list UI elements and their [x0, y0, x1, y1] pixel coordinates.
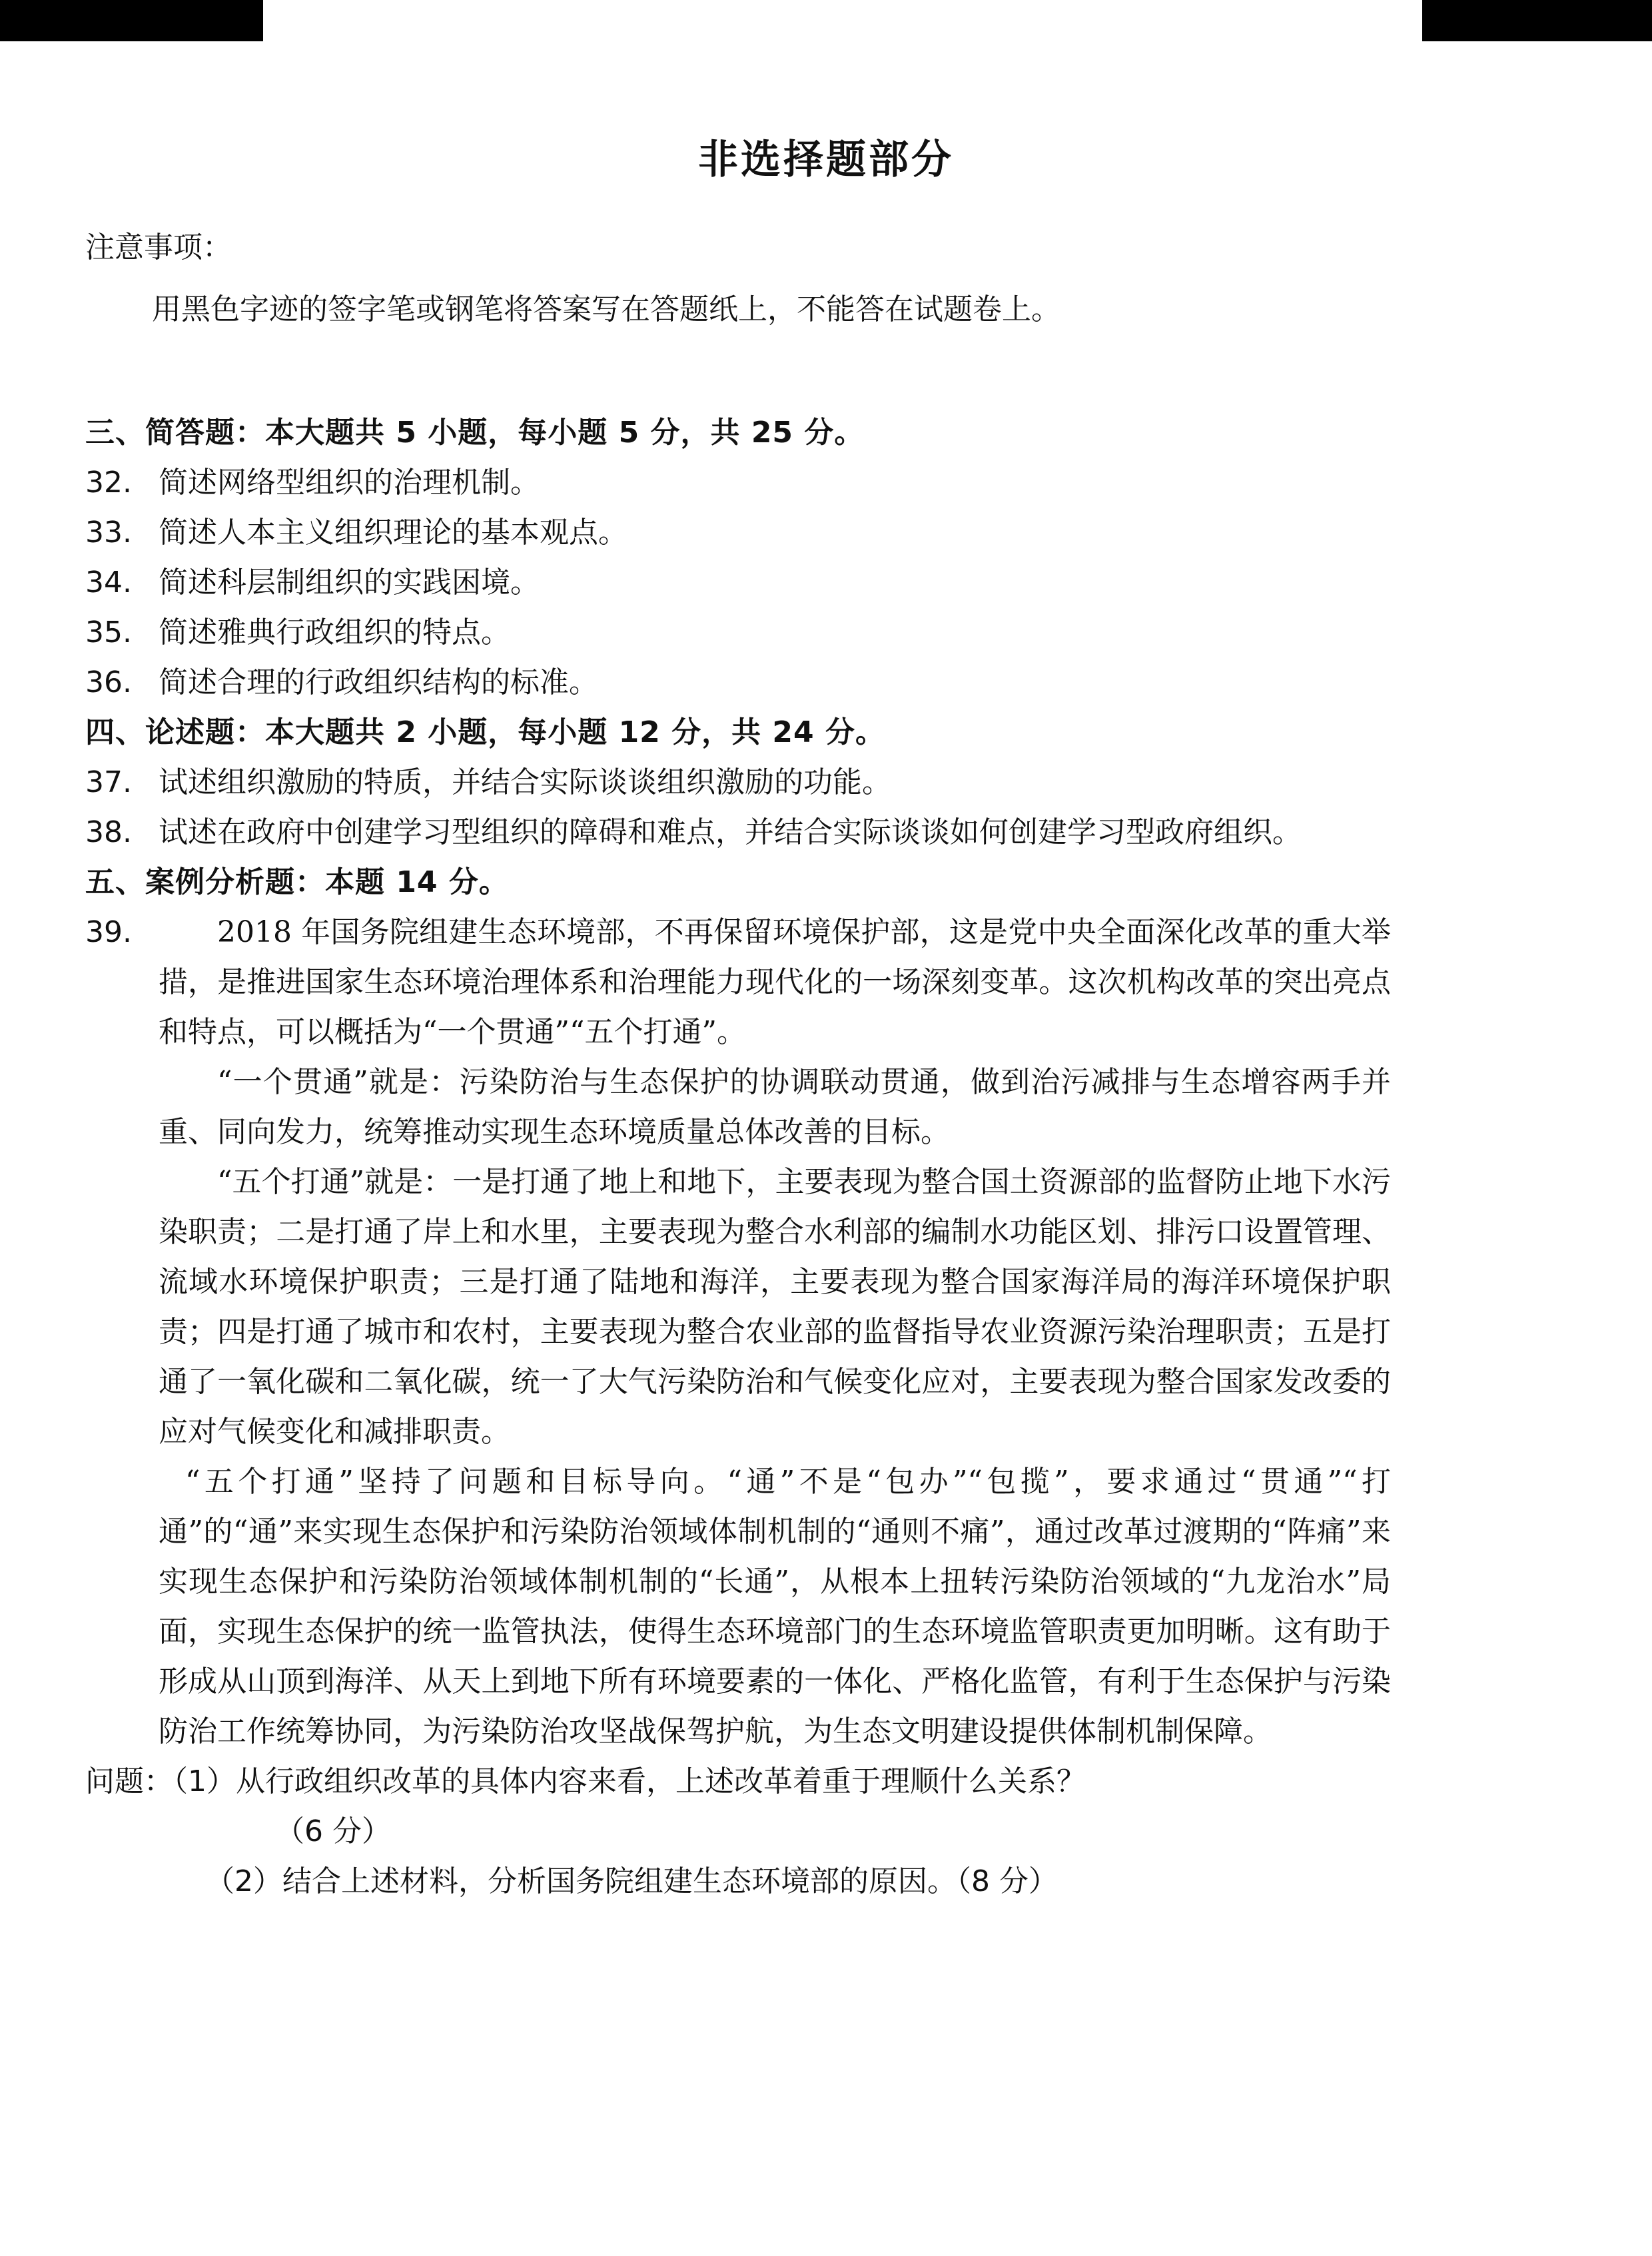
- question-text: 简述科层制组织的实践困境。: [159, 558, 1391, 607]
- page-title: 非选择题部分: [0, 128, 1652, 185]
- case-paragraph: 2018 年国务院组建生态环境部，不再保留环境保护部，这是党中央全面深化改革的重…: [159, 907, 1391, 1057]
- question-number: 38.: [85, 807, 159, 857]
- question-number: 36.: [85, 657, 159, 707]
- sub-question-number: （1）: [173, 1764, 236, 1798]
- question-number: 37.: [85, 757, 159, 807]
- sub-question-2: （2）结合上述材料，分析国务院组建生态环境部的原因。（8 分）: [85, 1856, 1391, 1906]
- case-question: 39. 2018 年国务院组建生态环境部，不再保留环境保护部，这是党中央全面深化…: [85, 907, 1391, 1756]
- sub-question-1-score: （6 分）: [85, 1806, 1391, 1856]
- question-item: 32. 简述网络型组织的治理机制。: [85, 458, 1391, 508]
- case-paragraph: “五个打通”就是：一是打通了地上和地下，主要表现为整合国土资源部的监督防止地下水…: [159, 1157, 1391, 1457]
- question-number: 35.: [85, 607, 159, 657]
- sub-question-1: 问题：（1）从行政组织改革的具体内容来看，上述改革着重于理顺什么关系？: [85, 1756, 1391, 1806]
- section-heading-case-analysis: 五、案例分析题：本题 14 分。: [85, 857, 1391, 907]
- registration-marker-left: [0, 0, 263, 41]
- question-item: 34. 简述科层制组织的实践困境。: [85, 558, 1391, 607]
- case-material: 2018 年国务院组建生态环境部，不再保留环境保护部，这是党中央全面深化改革的重…: [159, 907, 1391, 1756]
- question-text: 试述组织激励的特质，并结合实际谈谈组织激励的功能。: [159, 757, 1391, 807]
- question-number: 34.: [85, 558, 159, 607]
- question-text: 简述合理的行政组织结构的标准。: [159, 657, 1391, 707]
- question-text: 试述在政府中创建学习型组织的障碍和难点，并结合实际谈谈如何创建学习型政府组织。: [159, 807, 1391, 857]
- question-item: 35. 简述雅典行政组织的特点。: [85, 607, 1391, 657]
- question-number: 39.: [85, 907, 159, 1756]
- question-text: 简述雅典行政组织的特点。: [159, 607, 1391, 657]
- case-paragraph: “五个打通”坚持了问题和目标导向。“通”不是“包办”“包揽”，要求通过“贯通”“…: [159, 1457, 1391, 1756]
- exam-content: 三、简答题：本大题共 5 小题，每小题 5 分，共 25 分。 32. 简述网络…: [85, 408, 1391, 1906]
- question-item: 33. 简述人本主义组织理论的基本观点。: [85, 508, 1391, 558]
- case-sub-questions: 问题：（1）从行政组织改革的具体内容来看，上述改革着重于理顺什么关系？ （6 分…: [85, 1756, 1391, 1906]
- section-heading-essay: 四、论述题：本大题共 2 小题，每小题 12 分，共 24 分。: [85, 707, 1391, 757]
- notice-label: 注意事项：: [85, 223, 232, 266]
- registration-marker-right: [1422, 0, 1652, 41]
- sub-question-number: （2）: [205, 1864, 282, 1898]
- sub-question-text: 结合上述材料，分析国务院组建生态环境部的原因。: [282, 1864, 957, 1898]
- question-text: 简述网络型组织的治理机制。: [159, 458, 1391, 508]
- question-text: 简述人本主义组织理论的基本观点。: [159, 508, 1391, 558]
- section-heading-short-answer: 三、简答题：本大题共 5 小题，每小题 5 分，共 25 分。: [85, 408, 1391, 458]
- notice-text: 用黑色字迹的签字笔或钢笔将答案写在答题纸上，不能答在试题卷上。: [152, 285, 1060, 328]
- case-paragraph: “一个贯通”就是：污染防治与生态保护的协调联动贯通，做到治污减排与生态增容两手并…: [159, 1057, 1391, 1157]
- question-number: 32.: [85, 458, 159, 508]
- question-item: 37. 试述组织激励的特质，并结合实际谈谈组织激励的功能。: [85, 757, 1391, 807]
- question-number: 33.: [85, 508, 159, 558]
- sub-question-text: 从行政组织改革的具体内容来看，上述改革着重于理顺什么关系？: [236, 1764, 1086, 1798]
- question-item: 36. 简述合理的行政组织结构的标准。: [85, 657, 1391, 707]
- question-item: 38. 试述在政府中创建学习型组织的障碍和难点，并结合实际谈谈如何创建学习型政府…: [85, 807, 1391, 857]
- questions-label: 问题：: [85, 1764, 173, 1798]
- sub-question-score: （8 分）: [957, 1864, 1058, 1898]
